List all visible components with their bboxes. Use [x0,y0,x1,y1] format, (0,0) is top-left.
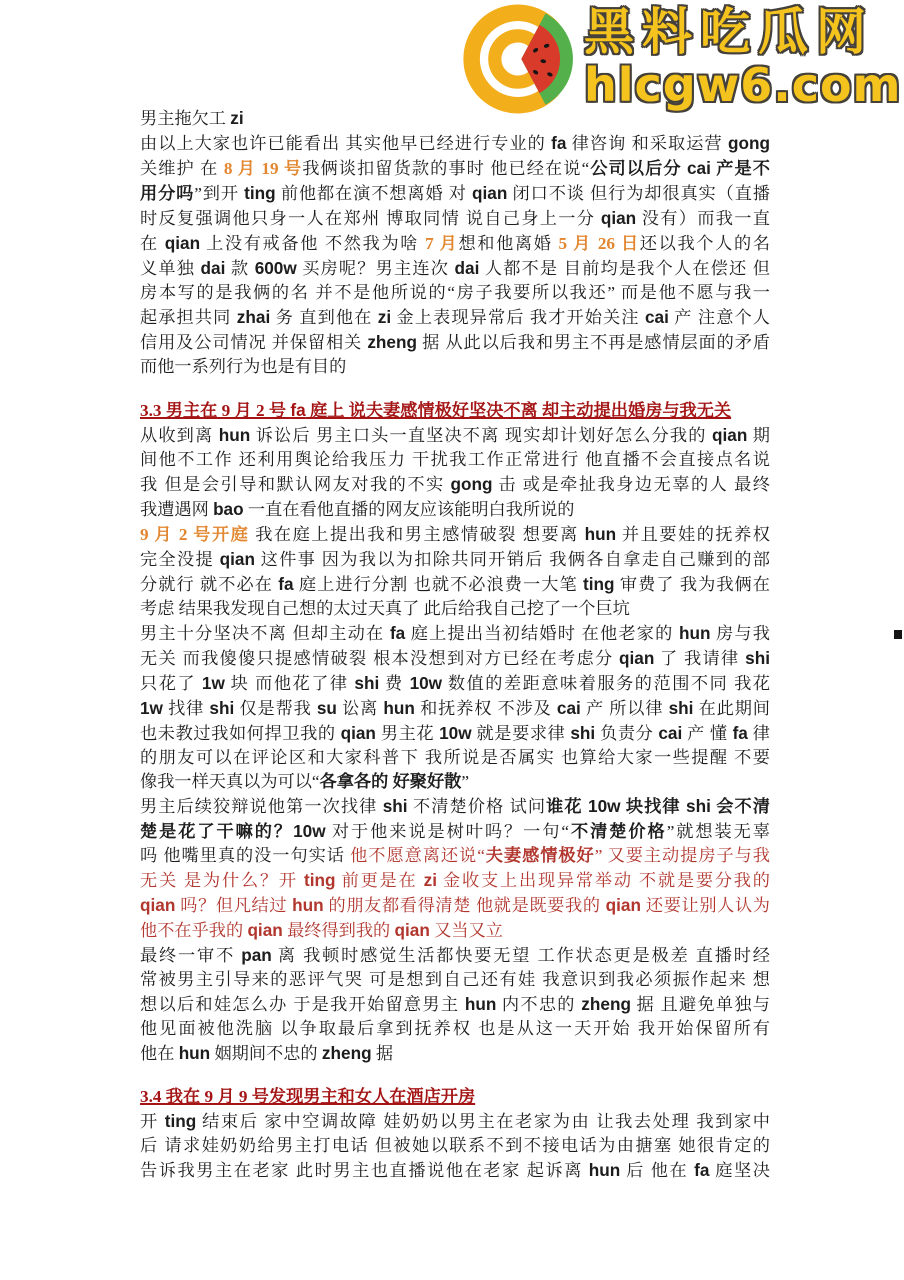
text-run: qian [712,425,747,445]
text-run: 不清楚价格 [569,822,667,841]
text-run: 谁花 [546,797,588,816]
text-run: bao [213,499,244,519]
text-run: 审费了 我为我俩在 [615,575,770,594]
text-run: 1w [202,673,225,693]
text-run: hun [465,994,497,1014]
text-run: 会不清 [711,797,770,816]
text-run: 产是不 [711,159,770,178]
text-run: 姻期间不忠的 [210,1044,322,1063]
text-run: 他见面被他洗脑 以争取最后拿到抚养权 也是从这一天开始 我开始保留所有 [140,1019,770,1038]
text-run: gong [728,133,770,153]
text-run: 前他都在演不想离婚 对 [276,184,472,203]
document-body: 男主拖欠工 zi由以上大家也许已能看出 其实他早已经进行专业的 fa 律咨询 和… [140,106,770,1183]
text-run: qian [247,920,282,940]
text-run: 3.4 我在 9 月 9 号发现男主和女人在酒店开房 [140,1087,475,1106]
text-run: shi [354,673,379,693]
text-run: 告诉我男主在老家 此时男主也直播说他在老家 起诉离 [140,1161,589,1180]
text-run: qian [341,723,376,743]
text-run: 楚是花了干嘛的？ [140,822,293,841]
text-run: zi [230,108,243,128]
text-run: 由以上大家也许已能看出 其实他早已经进行专业的 [140,134,551,153]
text-run: 各拿各的 好聚好散 [320,772,462,791]
text-run: 而他一系列行为也是有目的 [140,357,346,376]
text-run: 后 他在 [620,1161,694,1180]
text-run: 块 而他花了律 [225,674,355,693]
text-line: 开 ting 结束后 家中空调故障 娃奶奶以男主在老家为由 让我去处理 我到家中 [140,1109,770,1134]
text-run: 期 [747,426,770,445]
text-line: 考虑 结果我发现自己想的太过天真了 此后给我自己挖了一个巨坑 [140,597,770,621]
watermelon-c-icon [462,4,574,114]
text-run: 无关 是为什么？开 [140,871,304,890]
text-run: 上没有戒备他 不然我为啥 [200,234,425,253]
text-run: 找律 [163,699,209,718]
text-run: 吗？但凡结过 [175,896,292,915]
text-run: cai [645,307,669,327]
text-run: 闭口不谈 但行为却很真实（直播 [507,184,770,203]
text-run: hun [292,895,324,915]
text-run: 8 月 19 号 [224,159,302,178]
text-line: 男主拖欠工 zi [140,106,770,131]
text-run: 据 且避免单独与 [631,995,770,1014]
text-run: 离 我顿时感觉生活都快要无望 工作状态更是极差 直播时经 [272,946,770,965]
text-run: 想和他离婚 [458,234,558,253]
text-run: 600w [255,258,297,278]
text-run: 我 但是会引导和默认网友对我的不实 [140,475,451,494]
text-line: 完全没提 qian 这件事 因为我以为扣除共同开销后 我俩各自拿走自己赚到的部 [140,547,770,572]
text-run: 律 [748,724,770,743]
text-line: 他不在乎我的 qian 最终得到我的 qian 又当又立 [140,918,770,943]
text-line: 起承担共同 zhai 务 直到他在 zi 金上表现异常后 我才开始关注 cai … [140,305,770,330]
text-run: su [317,698,337,718]
text-run: zi [424,870,437,890]
text-run: 我俩谈扣留货款的事时 他已经在说“ [302,159,589,178]
text-line: 无关 是为什么？开 ting 前更是在 zi 金收支上出现异常举动 不就是要分我… [140,868,770,893]
text-line: 从收到离 hun 诉讼后 男主口头一直坚决不离 现实却计划好怎么分我的 qian… [140,423,770,448]
text-line: 后 请求娃奶奶给男主打电话 但被她以联系不到不接电话为由搪塞 她很肯定的 [140,1134,770,1158]
text-run: 了 我请律 [654,649,745,668]
text-run: 他在 [140,1044,179,1063]
paragraph-gap [140,379,770,398]
text-line: 他见面被他洗脑 以争取最后拿到抚养权 也是从这一天开始 我开始保留所有 [140,1017,770,1041]
text-run: 吗 他嘴里真的没一句实话 [140,846,350,865]
text-run: 块找律 [621,797,687,816]
text-run: 10w [410,673,443,693]
text-line: 9 月 2 号开庭 我在庭上提出我和男主感情破裂 想要离 hun 并且要娃的抚养… [140,522,770,547]
text-line: 告诉我男主在老家 此时男主也直播说他在老家 起诉离 hun 后 他在 fa 庭坚… [140,1158,770,1183]
text-run: 10w [588,796,621,816]
text-run: 他不愿意离还说“ [350,846,485,865]
text-run: 在 [140,234,165,253]
text-run: 庭上提出当初结婚时 在他老家的 [405,624,679,643]
text-run: qian [140,895,175,915]
text-line: 也未教过我如何捍卫我的 qian 男主花 10w 就是要求律 shi 负责分 c… [140,721,770,746]
text-run: 开 [140,1112,165,1131]
text-run: 负责分 [595,724,658,743]
text-run: 考虑 结果我发现自己想的太过天真了 此后给我自己挖了一个巨坑 [140,599,630,618]
text-run: fa [551,133,566,153]
section-heading: 3.4 我在 9 月 9 号发现男主和女人在酒店开房 [140,1085,770,1109]
text-run: ting [244,183,276,203]
text-line: 的朋友可以在评论区和大家科普下 我所说是否属实 也算给大家一些提醒 不要 [140,746,770,770]
text-run: 人都不是 目前均是我个人在偿还 但 [479,259,770,278]
text-run: 时反复强调他只身一人在郑州 博取同情 说自己身上一分 [140,209,601,228]
page-edge-mark [894,630,902,639]
text-run: 公司以后分 [589,159,687,178]
text-run: 间他不工作 还利用舆论给我压力 干扰我工作正常进行 他直播不会直接点名说 [140,450,770,469]
text-line: 像我一样天真以为可以“各拿各的 好聚好散” [140,770,770,794]
text-run: 务 直到他在 [270,308,378,327]
text-run: 最终得到我的 [283,921,395,940]
text-run: fa [733,723,748,743]
text-line: 男主十分坚决不离 但却主动在 fa 庭上提出当初结婚时 在他老家的 hun 房与… [140,621,770,646]
text-run: 并且要娃的抚养权 [616,525,770,544]
text-run: 男主后续狡辩说他第一次找律 [140,797,383,816]
text-line: 无关 而我傻傻只提感情破裂 根本没想到对方已经在考虑分 qian 了 我请律 s… [140,646,770,671]
text-line: 我遭遇网 bao 一直在看他直播的网友应该能明白我所说的 [140,497,770,522]
text-run: qian [601,208,636,228]
text-run: qian [619,648,654,668]
text-run: fa [290,400,305,420]
text-run: 结束后 家中空调故障 娃奶奶以男主在老家为由 让我去处理 我到家中 [196,1112,770,1131]
text-run: hun [179,1043,211,1063]
text-run: 产 懂 [682,724,732,743]
text-line: 而他一系列行为也是有目的 [140,355,770,379]
section-heading: 3.3 男主在 9 月 2 号 fa 庭上 说夫妻感情极好坚决不离 却主动提出婚… [140,398,770,423]
text-run: 10w [439,723,472,743]
text-run: ”就想装无辜 [667,822,770,841]
text-run: qian [220,549,255,569]
text-run: 数值的差距意味着服务的范围不同 我花 [442,674,770,693]
text-run: 也未教过我如何捍卫我的 [140,724,341,743]
text-line: 时反复强调他只身一人在郑州 博取同情 说自己身上一分 qian 没有）而我一直 [140,206,770,231]
text-run: fa [278,574,293,594]
text-run: ”到开 [194,184,244,203]
text-run: 分就行 就不必在 [140,575,278,594]
text-run: 庭坚决 [709,1161,770,1180]
text-run: 还以我个人的名 [640,234,770,253]
text-run: gong [451,474,493,494]
text-run: ting [304,870,336,890]
text-run: 的朋友都看得清楚 他就是既要我的 [324,896,606,915]
text-line: 男主后续狡辩说他第一次找律 shi 不清楚价格 试问谁花 10w 块找律 shi… [140,794,770,819]
text-run: 诉讼后 男主口头一直坚决不离 现实却计划好怎么分我的 [250,426,712,445]
site-name: 黑料吃瓜网 [584,4,874,60]
site-logo[interactable]: 黑料吃瓜网 hlcgw6.com [462,4,902,114]
text-run: 仅是帮我 [234,699,317,718]
text-run: qian [165,233,200,253]
text-run: 后 请求娃奶奶给男主打电话 但被她以联系不到不接电话为由搪塞 她很肯定的 [140,1136,770,1155]
text-run: 常被男主引导来的恶评气哭 可是想到自己还有娃 我意识到我必须振作起来 想 [140,970,770,989]
text-run: 费 [379,674,409,693]
text-line: 我 但是会引导和默认网友对我的不实 gong 击 或是牵扯我身边无辜的人 最终 [140,472,770,497]
text-run: 男主十分坚决不离 但却主动在 [140,624,390,643]
text-run: hun [383,698,415,718]
text-run: 不清楚价格 试问 [408,797,547,816]
text-run: zhai [237,307,270,327]
text-run: 没有）而我一直 [636,209,770,228]
text-run: cai [687,158,711,178]
text-run: 买房呢？男主连次 [297,259,455,278]
text-line: 常被男主引导来的恶评气哭 可是想到自己还有娃 我意识到我必须振作起来 想 [140,968,770,992]
text-run: 男主花 [376,724,439,743]
text-run: hun [589,1160,621,1180]
text-run: 产 注意个人 [669,308,770,327]
text-run: 无关 而我傻傻只提感情破裂 根本没想到对方已经在考虑分 [140,649,619,668]
text-run: zheng [322,1043,372,1063]
text-run: 想以后和娃怎么办 于是我开始留意男主 [140,995,465,1014]
text-line: 最终一审不 pan 离 我顿时感觉生活都快要无望 工作状态更是极差 直播时经 [140,943,770,968]
text-run: 还要让别人认为 [641,896,770,915]
text-run: ting [583,574,615,594]
text-run: dai [201,258,226,278]
text-line: 关维护 在 8 月 19 号我俩谈扣留货款的事时 他已经在说“公司以后分 cai… [140,156,770,181]
text-line: 义单独 dai 款 600w 买房呢？男主连次 dai 人都不是 目前均是我个人… [140,256,770,281]
text-run: qian [606,895,641,915]
text-run: hun [585,524,617,544]
text-run: 7 月 [425,234,458,253]
text-run: 我在庭上提出我和男主感情破裂 想要离 [249,525,584,544]
text-run: 房本写的是我俩的名 并不是他所说的“房子我要所以我还” 而是他不愿与我一 [140,283,770,302]
text-run: 内不忠的 [496,995,581,1014]
text-run: 信用及公司情况 并保留相关 [140,333,367,352]
text-line: 用分吗”到开 ting 前他都在演不想离婚 对 qian 闭口不谈 但行为却很真… [140,181,770,206]
text-run: 就是要求律 [472,724,571,743]
text-line: 楚是花了干嘛的？10w 对于他来说是树叶吗？一句“不清楚价格”就想装无辜 [140,819,770,844]
text-run: 庭上 说夫妻感情极好坚决不离 却主动提出婚房与我无关 [306,401,731,420]
text-run: 据 从此以后我和男主不再是感情层面的矛盾 [417,333,770,352]
text-run: ” 又要主动提房子与我 [595,846,770,865]
text-run: 一直在看他直播的网友应该能明白我所说的 [244,500,575,519]
watermelon-slice [521,13,573,104]
text-run: shi [686,796,711,816]
text-run: ” [461,772,469,791]
text-line: qian 吗？但凡结过 hun 的朋友都看得清楚 他就是既要我的 qian 还要… [140,893,770,918]
text-line: 信用及公司情况 并保留相关 zheng 据 从此以后我和男主不再是感情层面的矛盾 [140,330,770,355]
text-line: 吗 他嘴里真的没一句实话 他不愿意离还说“夫妻感情极好” 又要主动提房子与我 [140,844,770,868]
text-run: hun [679,623,711,643]
text-run: shi [570,723,595,743]
text-run: zi [378,307,391,327]
text-run: qian [395,920,430,940]
text-run: shi [209,698,234,718]
text-run: 起承担共同 [140,308,237,327]
text-run: 房与我 [711,624,770,643]
text-line: 想以后和娃怎么办 于是我开始留意男主 hun 内不忠的 zheng 据 且避免单… [140,992,770,1017]
text-run: 最终一审不 [140,946,241,965]
text-run: 夫妻感情极好 [485,846,595,865]
text-run: qian [472,183,507,203]
text-run: 5 月 26 日 [559,234,640,253]
text-run: 10w [293,821,326,841]
text-run: 男主拖欠工 [140,109,230,128]
text-run: 据 [372,1044,394,1063]
text-run: 前更是在 [336,871,424,890]
text-run: 讼离 [337,699,383,718]
text-run: 我遭遇网 [140,500,213,519]
text-run: 金收支上出现异常举动 不就是要分我的 [437,871,770,890]
text-run: fa [694,1160,709,1180]
text-run: pan [241,945,272,965]
text-run: shi [383,796,408,816]
text-run: 在此期间 [693,699,770,718]
text-run: 3.3 男主在 9 月 2 号 [140,401,290,420]
text-run: 完全没提 [140,550,220,569]
site-url: hlcgw6.com [584,60,902,110]
text-run: shi [745,648,770,668]
text-run: 这件事 因为我以为扣除共同开销后 我俩各自拿走自己赚到的部 [255,550,770,569]
text-run: hun [219,425,251,445]
text-run: 只花了 [140,674,202,693]
text-run: 对于他来说是树叶吗？一句“ [326,822,569,841]
text-run: 产 所以律 [581,699,669,718]
text-run: shi [669,698,694,718]
text-run: 的朋友可以在评论区和大家科普下 我所说是否属实 也算给大家一些提醒 不要 [140,748,770,767]
text-line: 分就行 就不必在 fa 庭上进行分割 也就不必浪费一大笔 ting 审费了 我为… [140,572,770,597]
text-run: dai [455,258,480,278]
text-line: 1w 找律 shi 仅是帮我 su 讼离 hun 和抚养权 不涉及 cai 产 … [140,696,770,721]
text-run: fa [390,623,405,643]
text-run: 9 月 2 号开庭 [140,525,249,544]
text-run: 他不在乎我的 [140,921,247,940]
text-run: 用分吗 [140,184,194,203]
paragraph-gap [140,1066,770,1085]
text-run: 庭上进行分割 也就不必浪费一大笔 [294,575,583,594]
text-run: 关维护 在 [140,159,224,178]
text-run: cai [557,698,581,718]
text-run: 像我一样天真以为可以“ [140,772,320,791]
text-run: zheng [581,994,631,1014]
text-run: 从收到离 [140,426,219,445]
text-run: 击 或是牵扯我身边无辜的人 最终 [493,475,770,494]
text-run: cai [658,723,682,743]
text-run: 金上表现异常后 我才开始关注 [391,308,645,327]
text-run: 律咨询 和采取运营 [566,134,728,153]
text-line: 由以上大家也许已能看出 其实他早已经进行专业的 fa 律咨询 和采取运营 gon… [140,131,770,156]
text-run: 和抚养权 不涉及 [415,699,557,718]
text-line: 在 qian 上没有戒备他 不然我为啥 7 月想和他离婚 5 月 26 日还以我… [140,231,770,256]
text-run: 款 [225,259,254,278]
text-run: 又当又立 [430,921,503,940]
text-line: 间他不工作 还利用舆论给我压力 干扰我工作正常进行 他直播不会直接点名说 [140,448,770,472]
text-line: 房本写的是我俩的名 并不是他所说的“房子我要所以我还” 而是他不愿与我一 [140,281,770,305]
text-run: 义单独 [140,259,201,278]
text-line: 他在 hun 姻期间不忠的 zheng 据 [140,1041,770,1066]
text-line: 只花了 1w 块 而他花了律 shi 费 10w 数值的差距意味着服务的范围不同… [140,671,770,696]
text-run: 1w [140,698,163,718]
text-run: zheng [367,332,417,352]
text-run: ting [165,1111,197,1131]
